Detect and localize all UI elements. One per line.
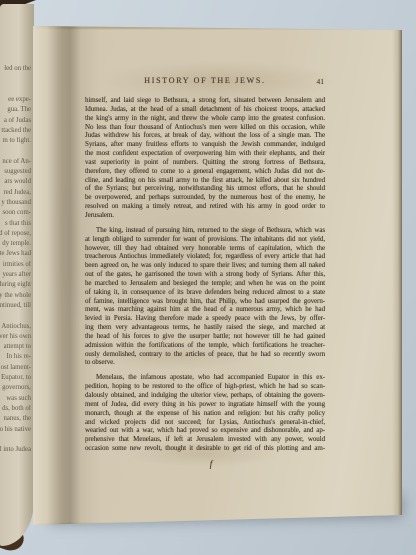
text-line: Jerusalem. bbox=[85, 211, 325, 220]
left-page-text-fragment: m to fight. bbox=[2, 136, 31, 145]
text-line: been agreed on, he was only induced to s… bbox=[85, 261, 325, 270]
left-page-text-fragment: s that this bbox=[5, 219, 31, 228]
left-page-text-fragment: years after bbox=[3, 270, 32, 279]
text-line: occasion some new revolt, thought it des… bbox=[85, 444, 325, 453]
left-page-text-fragment: was such bbox=[6, 394, 31, 403]
left-page-text-fragment: governors, bbox=[2, 383, 31, 392]
text-line: admission within the fortifications of t… bbox=[85, 341, 325, 350]
left-page-text-fragment: ost lament- bbox=[1, 363, 31, 372]
left-page-text-fragment: ttacked the bbox=[1, 126, 31, 135]
text-line: ously demolished, contrary to the articl… bbox=[85, 350, 325, 359]
text-line: cline, and leading on his small army to … bbox=[85, 176, 325, 185]
left-page-text-fragment: nanus, the bbox=[3, 414, 31, 423]
text-line: of famine, intelligence was brought him,… bbox=[85, 297, 325, 306]
text-line: at length obliged to surrender for want … bbox=[85, 235, 325, 244]
text-line: the head of his forces to give the usurp… bbox=[85, 332, 325, 341]
left-page-text-fragment: soon com- bbox=[2, 208, 31, 217]
text-line: Judas withdrew his forces, at break of d… bbox=[85, 131, 325, 140]
page-header: HISTORY OF THE JEWS. 41 bbox=[85, 76, 325, 87]
left-page-text-fragment: ver his own bbox=[0, 332, 31, 341]
text-line: prehensive that Menelaus, if left at Jer… bbox=[85, 435, 325, 444]
left-page-text-fragment: te Jews had bbox=[0, 249, 31, 258]
text-line: No less than four thousand of Antiochus'… bbox=[85, 123, 325, 132]
text-line: resolved on making a timely retreat, and… bbox=[85, 202, 325, 211]
left-page-text-fragment: d of repose, bbox=[0, 229, 31, 238]
left-page-text-fragment: attempt to bbox=[4, 342, 31, 351]
left-page-edge: led on theee expe-gua. Thea of Judasttac… bbox=[0, 4, 34, 546]
left-page-text-fragment: red Judea, bbox=[3, 188, 31, 197]
left-page-text-fragment: In his re- bbox=[6, 352, 31, 361]
text-line: of taking it, in consequence of its brav… bbox=[85, 288, 325, 297]
text-line: be overpowered, and perhaps surrounded, … bbox=[85, 193, 325, 202]
text-line: treacherous Antiochus immediately violat… bbox=[85, 252, 325, 261]
text-line: he marched to Jerusalem and besieged the… bbox=[85, 279, 325, 288]
text-block: HISTORY OF THE JEWS. 41 himself, and lai… bbox=[85, 76, 325, 469]
text-line: himself, and laid siege to Bethsura, a s… bbox=[85, 96, 325, 105]
left-page-text-fragment: led on the bbox=[4, 64, 31, 73]
text-line: ment of Judea, did every thing in his po… bbox=[85, 400, 325, 409]
left-page-text-fragment: ars would bbox=[4, 177, 31, 186]
photo-of-open-book: { "page": { "header": { "title": "HISTOR… bbox=[0, 0, 416, 555]
text-line: out of the gates, he garrisoned the town… bbox=[85, 270, 325, 279]
paragraph: Menelaus, the infamous apostate, who had… bbox=[85, 373, 325, 453]
left-page-text-fragment: o his native bbox=[0, 425, 31, 434]
left-page-text-fragment: gua. The bbox=[7, 105, 31, 114]
left-page-text-fragment: t Antiochus, bbox=[0, 322, 31, 331]
text-line: wearied out with a war, which had proved… bbox=[85, 426, 325, 435]
text-line: monarch, though at the expense of his na… bbox=[85, 409, 325, 418]
body-text: himself, and laid siege to Bethsura, a s… bbox=[85, 96, 325, 453]
running-header-title: HISTORY OF THE JEWS. bbox=[85, 76, 325, 85]
left-page-text-fragment: a of Judas bbox=[4, 116, 31, 125]
text-line: to observe. bbox=[85, 358, 325, 367]
left-page-text-fragment: during eight bbox=[0, 280, 31, 289]
text-line: of the Syrians; but perceiving, notwiths… bbox=[85, 184, 325, 193]
left-page-text-fragment: ee expe- bbox=[8, 95, 31, 104]
left-page-text-fragment: ntinued, till bbox=[0, 301, 31, 310]
text-line: vast superiority in point of numbers. Qu… bbox=[85, 158, 325, 167]
text-line: levied in Persia. Having therefore made … bbox=[85, 314, 325, 323]
left-page-text-fragment: dy temple. bbox=[2, 239, 31, 248]
left-page-text-fragment: nce of An- bbox=[2, 157, 31, 166]
text-line: and wicked projects did not succeed; for… bbox=[85, 418, 325, 427]
text-line: The king, instead of pursuing him, retur… bbox=[85, 226, 325, 235]
text-line: Idumea. Judas, at the head of a small de… bbox=[85, 105, 325, 114]
text-line: the most confident expectation of overpo… bbox=[85, 149, 325, 158]
left-page-text-fragment: y thousand bbox=[1, 198, 31, 207]
text-line: the king's army in the night, and threw … bbox=[85, 114, 325, 123]
text-line: ing them very advantageous terms, he has… bbox=[85, 323, 325, 332]
page-number: 41 bbox=[317, 77, 325, 86]
text-line: dalously obtained, and indulging the ult… bbox=[85, 391, 325, 400]
left-page-text-fragment: suggested bbox=[4, 167, 31, 176]
book-page: HISTORY OF THE JEWS. 41 himself, and lai… bbox=[33, 26, 402, 525]
text-line: pedition, hoping to be restored to the o… bbox=[85, 382, 325, 391]
text-line: ment, was marching against him at the he… bbox=[85, 305, 325, 314]
left-page-text-fragment: irmities of bbox=[3, 260, 31, 269]
text-line: therefore, they offered to come to a gen… bbox=[85, 167, 325, 176]
left-page-text-fragment: ds, both of bbox=[2, 404, 31, 413]
page-fore-edge bbox=[392, 26, 402, 525]
left-page-text-fragment: d into Judea bbox=[0, 445, 31, 454]
left-page-text-fragment: Eupator, to bbox=[1, 373, 31, 382]
text-line: Menelaus, the infamous apostate, who had… bbox=[85, 373, 325, 382]
text-line: Syrians, after many fruitless efforts to… bbox=[85, 140, 325, 149]
left-page-text-fragment: y the whole bbox=[0, 291, 31, 300]
paragraph: himself, and laid siege to Bethsura, a s… bbox=[85, 96, 325, 220]
text-line: however, till they had obtained very hon… bbox=[85, 244, 325, 253]
signature-mark: f bbox=[91, 459, 331, 469]
paragraph: The king, instead of pursuing him, retur… bbox=[85, 226, 325, 368]
